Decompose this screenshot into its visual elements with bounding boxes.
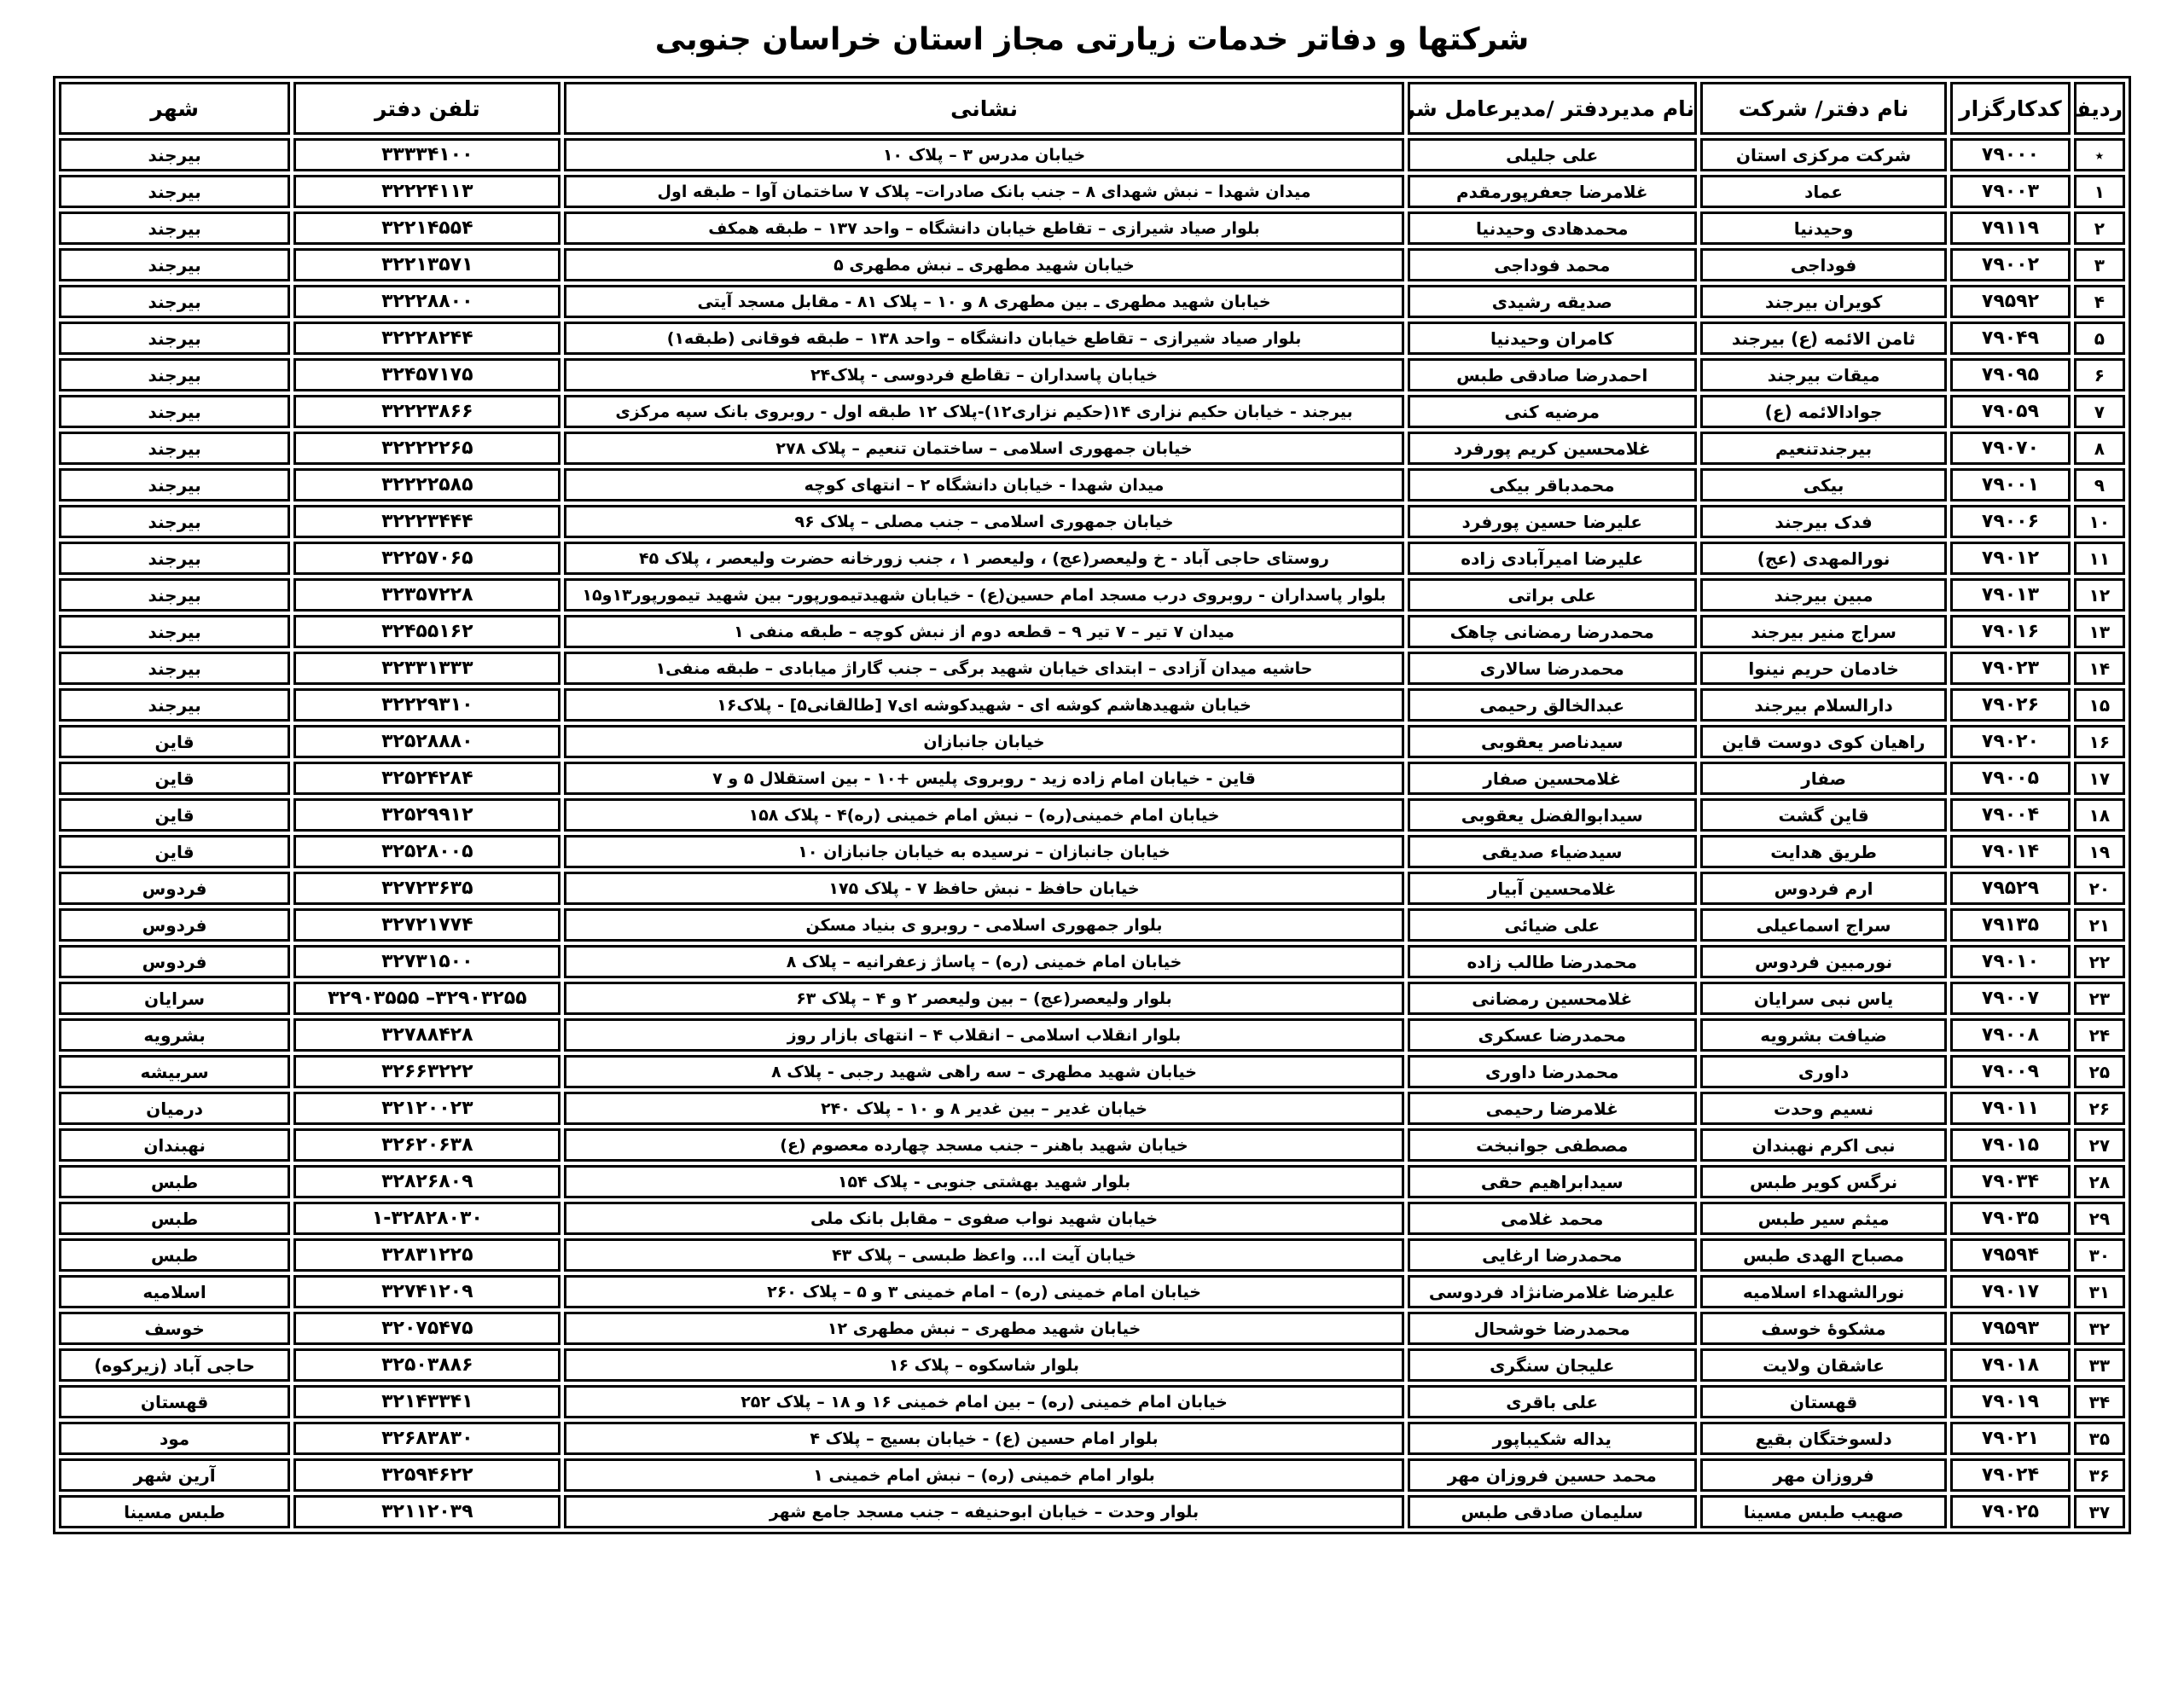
cell-agent-code: ۷۹۰۳۴: [1950, 1165, 2071, 1198]
cell-office-name: عاشقان ولایت: [1700, 1348, 1947, 1382]
table-row: ۱۱۷۹۰۱۲نورالمهدی (عج)علیرضا امیرآبادی زا…: [59, 542, 2125, 575]
cell-manager-name: محمد حسین فروزان مهر: [1408, 1458, 1697, 1492]
cell-agent-code: ۷۹۰۱۰: [1950, 945, 2071, 978]
cell-phone: ۳۲۲۱۳۵۷۱: [293, 248, 561, 281]
cell-manager-name: محمدرضا طالب زاده: [1408, 945, 1697, 978]
cell-manager-name: مصطفی جوانبخت: [1408, 1128, 1697, 1162]
cell-manager-name: محمدرضا خوشحال: [1408, 1312, 1697, 1345]
cell-manager-name: محمدرضا رمضانی چاهک: [1408, 615, 1697, 648]
cell-row-number: ۱۹: [2074, 835, 2125, 868]
cell-manager-name: علیرضا حسین پورفرد: [1408, 505, 1697, 538]
cell-office-name: یاس نبی سرایان: [1700, 982, 1947, 1015]
cell-agent-code: ۷۹۰۱۳: [1950, 578, 2071, 612]
cell-address: بلوار وحدت – خیابان ابوحنیفه – جنب مسجد …: [564, 1495, 1403, 1528]
cell-office-name: ثامن الائمه (ع) بیرجند: [1700, 322, 1947, 355]
cell-office-name: نورمبین فردوس: [1700, 945, 1947, 978]
cell-agent-code: ۷۹۰۰۵: [1950, 762, 2071, 795]
cell-city: طبس: [59, 1165, 290, 1198]
table-row: ۳۵۷۹۰۲۱دلسوختگان بقیعیداله شکیباپوربلوار…: [59, 1422, 2125, 1455]
cell-phone: ۳۲۲۲۳۴۴۴: [293, 505, 561, 538]
cell-address: خیابان جانبازان: [564, 725, 1403, 758]
cell-phone: ۳۲۱۴۳۳۴۱: [293, 1385, 561, 1418]
cell-manager-name: غلامرضا رحیمی: [1408, 1092, 1697, 1125]
header-phone: تلفن دفتر: [293, 82, 561, 135]
cell-city: قهستان: [59, 1385, 290, 1418]
cell-address: خیابان شهیدهاشم کوشه ای - شهیدکوشه ای۷ […: [564, 688, 1403, 722]
cell-row-number: ۸: [2074, 432, 2125, 465]
cell-address: خیابان غدیر – بین غدیر ۸ و ۱۰ - پلاک ۲۴۰: [564, 1092, 1403, 1125]
cell-manager-name: علیرضا امیرآبادی زاده: [1408, 542, 1697, 575]
cell-phone: ۳۲۷۴۱۲۰۹: [293, 1275, 561, 1308]
cell-address: خیابان مدرس ۳ – پلاک ۱۰: [564, 138, 1403, 171]
table-row: ۲۲۷۹۰۱۰نورمبین فردوسمحمدرضا طالب زادهخیا…: [59, 945, 2125, 978]
cell-manager-name: محمدرضا ارغایی: [1408, 1238, 1697, 1272]
cell-city: مود: [59, 1422, 290, 1455]
cell-agent-code: ۷۹۰۲۳: [1950, 652, 2071, 685]
cell-phone: ۳۲۶۶۳۲۲۲: [293, 1055, 561, 1088]
cell-manager-name: سیدابوالفضل یعقوبی: [1408, 798, 1697, 832]
cell-row-number: ۳: [2074, 248, 2125, 281]
cell-office-name: بیکی: [1700, 468, 1947, 501]
cell-row-number: ۷: [2074, 395, 2125, 428]
cell-address: بلوار امام خمینی (ره) – نبش امام خمینی ۱: [564, 1458, 1403, 1492]
table-row: ۲۷۹۱۱۹وحیدنیامحمدهادی وحیدنیابلوار صیاد …: [59, 212, 2125, 245]
cell-city: طبس: [59, 1202, 290, 1235]
cell-address: بلوار امام حسین (ع) - خیابان بسیج – پلاک…: [564, 1422, 1403, 1455]
offices-table: ردیف کدکارگزار نام دفتر/ شرکت نام مدیردف…: [53, 76, 2131, 1534]
cell-row-number: ۲: [2074, 212, 2125, 245]
table-row: ۳۴۷۹۰۱۹قهستانعلی باقریخیابان امام خمینی …: [59, 1385, 2125, 1418]
table-row: ۳۲۷۹۵۹۳مشکوهٔ خوسفمحمدرضا خوشحالخیابان ش…: [59, 1312, 2125, 1345]
cell-row-number: ۳۷: [2074, 1495, 2125, 1528]
cell-phone: ۳۲۳۵۷۲۲۸: [293, 578, 561, 612]
cell-row-number: ۵: [2074, 322, 2125, 355]
table-row: ۲۷۷۹۰۱۵نبی اکرم نهبندانمصطفی جوانبختخیاب…: [59, 1128, 2125, 1162]
cell-address: حاشیه میدان آزادی – ابتدای خیابان شهید ب…: [564, 652, 1403, 685]
cell-city: بیرجند: [59, 688, 290, 722]
cell-manager-name: سیدضیاء صدیقی: [1408, 835, 1697, 868]
header-manager-name: نام مدیردفتر /مدیرعامل شرکت: [1408, 82, 1697, 135]
cell-address: میدان شهدا - خیابان دانشگاه ۲ – انتهای ک…: [564, 468, 1403, 501]
cell-address: بلوار صیاد شیرازی – تقاطع خیابان دانشگاه…: [564, 212, 1403, 245]
cell-address: بلوار صیاد شیرازی – تقاطع خیابان دانشگاه…: [564, 322, 1403, 355]
cell-manager-name: کامران وحیدنیا: [1408, 322, 1697, 355]
cell-row-number: ۱۳: [2074, 615, 2125, 648]
cell-agent-code: ۷۹۵۲۹: [1950, 872, 2071, 905]
cell-city: بیرجند: [59, 615, 290, 648]
table-row: ۲۴۷۹۰۰۸ضیافت بشرویهمحمدرضا عسکریبلوار ان…: [59, 1018, 2125, 1052]
cell-agent-code: ۷۹۱۱۹: [1950, 212, 2071, 245]
cell-address: میدان شهدا – نبش شهدای ۸ – جنب بانک صادر…: [564, 175, 1403, 208]
cell-manager-name: سیدناصر یعقوبی: [1408, 725, 1697, 758]
cell-address: بلوار شهید بهشتی جنوبی - پلاک ۱۵۴: [564, 1165, 1403, 1198]
table-row: ۵۷۹۰۴۹ثامن الائمه (ع) بیرجندکامران وحیدن…: [59, 322, 2125, 355]
cell-address: خیابان حافظ - نبش حافظ ۷ - پلاک ۱۷۵: [564, 872, 1403, 905]
table-row: ۱۷۷۹۰۰۵صفارغلامحسین صفارقاین - خیابان ام…: [59, 762, 2125, 795]
cell-office-name: جوادالائمه (ع): [1700, 395, 1947, 428]
cell-office-name: دلسوختگان بقیع: [1700, 1422, 1947, 1455]
cell-manager-name: محمدرضا سالاری: [1408, 652, 1697, 685]
cell-address: بلوار جمهوری اسلامی - روبرو ی بنیاد مسکن: [564, 908, 1403, 942]
cell-office-name: میقات بیرجند: [1700, 358, 1947, 391]
cell-city: بیرجند: [59, 505, 290, 538]
cell-agent-code: ۷۹۰۲۴: [1950, 1458, 2071, 1492]
cell-office-name: سراج منیر بیرجند: [1700, 615, 1947, 648]
table-row: ۱۷۹۰۰۳عمادغلامرضا جعفرپورمقدممیدان شهدا …: [59, 175, 2125, 208]
cell-address: روستای حاجی آباد - خ ولیعصر(عج) ، ولیعصر…: [564, 542, 1403, 575]
cell-agent-code: ۷۹۰۲۶: [1950, 688, 2071, 722]
cell-city: آرین شهر: [59, 1458, 290, 1492]
cell-phone: ۳۲۲۵۷۰۶۵: [293, 542, 561, 575]
table-row: ۲۰۷۹۵۲۹ارم فردوسغلامحسین آبیارخیابان حاف…: [59, 872, 2125, 905]
cell-agent-code: ۷۹۰۰۲: [1950, 248, 2071, 281]
table-row: ۲۳۷۹۰۰۷یاس نبی سرایانغلامحسین رمضانیبلوا…: [59, 982, 2125, 1015]
cell-office-name: صهیب طبس مسینا: [1700, 1495, 1947, 1528]
cell-city: قاین: [59, 762, 290, 795]
cell-phone: ۳۲۶۲۰۶۳۸: [293, 1128, 561, 1162]
table-row: ۲۶۷۹۰۱۱نسیم وحدتغلامرضا رحیمیخیابان غدیر…: [59, 1092, 2125, 1125]
cell-manager-name: غلامحسین صفار: [1408, 762, 1697, 795]
cell-row-number: ۱۶: [2074, 725, 2125, 758]
table-row: ۱۲۷۹۰۱۳مبین بیرجندعلی براتیبلوار پاسدارا…: [59, 578, 2125, 612]
cell-city: قاین: [59, 798, 290, 832]
cell-manager-name: محمدرضا عسکری: [1408, 1018, 1697, 1052]
table-row: ۴۷۹۵۹۲کویران بیرجندصدیقه رشیدیخیابان شهی…: [59, 285, 2125, 318]
cell-agent-code: ۷۹۰۱۶: [1950, 615, 2071, 648]
cell-city: قاین: [59, 725, 290, 758]
cell-row-number: ۳۵: [2074, 1422, 2125, 1455]
cell-row-number: ۲۷: [2074, 1128, 2125, 1162]
cell-office-name: میثم سیر طبس: [1700, 1202, 1947, 1235]
cell-phone: ۳۲۲۱۴۵۵۴: [293, 212, 561, 245]
cell-phone: ۳۲۲۲۸۸۰۰: [293, 285, 561, 318]
cell-row-number: ۱۱: [2074, 542, 2125, 575]
cell-manager-name: محمد غلامی: [1408, 1202, 1697, 1235]
cell-city: سربیشه: [59, 1055, 290, 1088]
cell-agent-code: ۷۹۰۴۹: [1950, 322, 2071, 355]
cell-address: میدان ۷ تیر – ۷ تیر ۹ – قطعه دوم از نبش …: [564, 615, 1403, 648]
cell-row-number: ۱۰: [2074, 505, 2125, 538]
cell-office-name: عماد: [1700, 175, 1947, 208]
table-row: ۲۵۷۹۰۰۹داوریمحمدرضا داوریخیابان شهید مطه…: [59, 1055, 2125, 1088]
cell-address: خیابان شهید باهنر – جنب مسجد چهارده معصو…: [564, 1128, 1403, 1162]
cell-phone: ۳۲۶۸۳۸۳۰: [293, 1422, 561, 1455]
cell-agent-code: ۷۹۵۹۴: [1950, 1238, 2071, 1272]
table-row: ۱۸۷۹۰۰۴قاین گشتسیدابوالفضل یعقوبیخیابان …: [59, 798, 2125, 832]
cell-office-name: داوری: [1700, 1055, 1947, 1088]
cell-office-name: مبین بیرجند: [1700, 578, 1947, 612]
table-row: ۱۶۷۹۰۲۰راهیان کوی دوست قاینسیدناصر یعقوب…: [59, 725, 2125, 758]
cell-address: خیابان امام خمینی (ره) – امام خمینی ۳ و …: [564, 1275, 1403, 1308]
cell-row-number: ۱۷: [2074, 762, 2125, 795]
cell-manager-name: محمدرضا داوری: [1408, 1055, 1697, 1088]
cell-address: بلوار ولیعصر(عج) – بین ولیعصر ۲ و ۴ – پل…: [564, 982, 1403, 1015]
header-agent-code: کدکارگزار: [1950, 82, 2071, 135]
cell-office-name: نورالشهداء اسلامیه: [1700, 1275, 1947, 1308]
table-row: ۱۰۷۹۰۰۶فدک بیرجندعلیرضا حسین پورفردخیابا…: [59, 505, 2125, 538]
table-row: ۲۱۷۹۱۳۵سراج اسماعیلیعلی ضیائیبلوار جمهور…: [59, 908, 2125, 942]
cell-city: بشرویه: [59, 1018, 290, 1052]
cell-city: فردوس: [59, 872, 290, 905]
cell-city: بیرجند: [59, 322, 290, 355]
table-row: ۸۷۹۰۷۰بیرجندتنعیمغلامحسین کریم پورفردخیا…: [59, 432, 2125, 465]
cell-address: خیابان جمهوری اسلامی – ساختمان تنعیم – پ…: [564, 432, 1403, 465]
cell-address: خیابان شهید مطهری – سه راهی شهید رجبی - …: [564, 1055, 1403, 1088]
cell-manager-name: محمدهادی وحیدنیا: [1408, 212, 1697, 245]
cell-manager-name: سلیمان صادقی طبس: [1408, 1495, 1697, 1528]
cell-row-number: ۲۵: [2074, 1055, 2125, 1088]
cell-row-number: ۳۳: [2074, 1348, 2125, 1382]
cell-agent-code: ۷۹۰۱۹: [1950, 1385, 2071, 1418]
cell-office-name: شرکت مرکزی استان: [1700, 138, 1947, 171]
table-row: ۳۰۷۹۵۹۴مصباح الهدی طبسمحمدرضا ارغاییخیاب…: [59, 1238, 2125, 1272]
cell-address: خیابان امام خمینی (ره) – بین امام خمینی …: [564, 1385, 1403, 1418]
cell-city: طبس: [59, 1238, 290, 1272]
cell-office-name: وحیدنیا: [1700, 212, 1947, 245]
cell-address: خیابان جانبازان – نرسیده به خیابان جانبا…: [564, 835, 1403, 868]
cell-office-name: نورالمهدی (عج): [1700, 542, 1947, 575]
cell-agent-code: ۷۹۰۰۳: [1950, 175, 2071, 208]
table-row: ٭۷۹۰۰۰شرکت مرکزی استانعلی جلیلیخیابان مد…: [59, 138, 2125, 171]
cell-address: خیابان شهید مطهری ـ نبش مطهری ۵: [564, 248, 1403, 281]
table-row: ۳۳۷۹۰۱۸عاشقان ولایتعلیجان سنگریبلوار شاس…: [59, 1348, 2125, 1382]
cell-address: خیابان آیت ا... واعظ طبسی – پلاک ۴۳: [564, 1238, 1403, 1272]
cell-agent-code: ۷۹۰۱۸: [1950, 1348, 2071, 1382]
cell-address: بلوار شاسکوه – پلاک ۱۶: [564, 1348, 1403, 1382]
cell-office-name: فدک بیرجند: [1700, 505, 1947, 538]
cell-manager-name: علی براتی: [1408, 578, 1697, 612]
table-row: ۳۱۷۹۰۱۷نورالشهداء اسلامیهعلیرضا غلامرضان…: [59, 1275, 2125, 1308]
cell-phone: ۳۲۱۱۲۰۳۹: [293, 1495, 561, 1528]
cell-city: قاین: [59, 835, 290, 868]
cell-row-number: ۲۶: [2074, 1092, 2125, 1125]
cell-city: اسلامیه: [59, 1275, 290, 1308]
cell-row-number: ۹: [2074, 468, 2125, 501]
cell-phone: ۱-۳۲۸۲۸۰۳۰: [293, 1202, 561, 1235]
cell-office-name: نسیم وحدت: [1700, 1092, 1947, 1125]
cell-agent-code: ۷۹۰۰۹: [1950, 1055, 2071, 1088]
header-city: شهر: [59, 82, 290, 135]
cell-phone: ۳۲۷۲۳۶۳۵: [293, 872, 561, 905]
cell-address: بیرجند - خیابان حکیم نزاری ۱۴(حکیم نزاری…: [564, 395, 1403, 428]
table-row: ۱۵۷۹۰۲۶دارالسلام بیرجندعبدالخالق رحیمیخی…: [59, 688, 2125, 722]
cell-city: بیرجند: [59, 432, 290, 465]
cell-phone: ۳۲۵۲۹۹۱۲: [293, 798, 561, 832]
cell-city: بیرجند: [59, 212, 290, 245]
page-title: شرکتها و دفاتر خدمات زیارتی مجاز استان خ…: [0, 0, 2184, 57]
header-row-number: ردیف: [2074, 82, 2125, 135]
cell-agent-code: ۷۹۰۰۰: [1950, 138, 2071, 171]
cell-manager-name: احمدرضا صادقی طبس: [1408, 358, 1697, 391]
cell-city: بیرجند: [59, 138, 290, 171]
cell-manager-name: عبدالخالق رحیمی: [1408, 688, 1697, 722]
table-body: ٭۷۹۰۰۰شرکت مرکزی استانعلی جلیلیخیابان مد…: [59, 138, 2125, 1528]
cell-address: خیابان پاسداران – تقاطع فردوسی - پلاک۲۴: [564, 358, 1403, 391]
cell-city: بیرجند: [59, 468, 290, 501]
cell-agent-code: ۷۹۰۹۵: [1950, 358, 2071, 391]
cell-office-name: مشکوهٔ خوسف: [1700, 1312, 1947, 1345]
cell-city: بیرجند: [59, 175, 290, 208]
cell-phone: ۳۲۴۵۵۱۶۲: [293, 615, 561, 648]
cell-agent-code: ۷۹۰۱۷: [1950, 1275, 2071, 1308]
cell-manager-name: محمدباقر بیکی: [1408, 468, 1697, 501]
cell-office-name: ارم فردوس: [1700, 872, 1947, 905]
cell-row-number: ٭: [2074, 138, 2125, 171]
cell-manager-name: علیرضا غلامرضانژاد فردوسی: [1408, 1275, 1697, 1308]
cell-phone: ۳۲۵۹۴۶۲۲: [293, 1458, 561, 1492]
cell-office-name: کویران بیرجند: [1700, 285, 1947, 318]
cell-row-number: ۲۴: [2074, 1018, 2125, 1052]
cell-row-number: ۲۲: [2074, 945, 2125, 978]
table-row: ۲۸۷۹۰۳۴نرگس کویر طبسسیدابراهیم حقیبلوار …: [59, 1165, 2125, 1198]
cell-phone: ۳۲۲۲۲۵۸۵: [293, 468, 561, 501]
cell-office-name: سراج اسماعیلی: [1700, 908, 1947, 942]
cell-phone: ۳۲۱۲۰۰۲۳: [293, 1092, 561, 1125]
cell-row-number: ۲۹: [2074, 1202, 2125, 1235]
cell-manager-name: غلامحسین آبیار: [1408, 872, 1697, 905]
cell-row-number: ۳۴: [2074, 1385, 2125, 1418]
cell-phone: ۳۲۷۳۱۵۰۰: [293, 945, 561, 978]
table-row: ۱۴۷۹۰۲۳خادمان حریم نینوامحمدرضا سالاریحا…: [59, 652, 2125, 685]
table-row: ۹۷۹۰۰۱بیکیمحمدباقر بیکیمیدان شهدا - خیاب…: [59, 468, 2125, 501]
cell-office-name: فوداجی: [1700, 248, 1947, 281]
cell-city: بیرجند: [59, 358, 290, 391]
cell-manager-name: غلامحسین رمضانی: [1408, 982, 1697, 1015]
cell-office-name: خادمان حریم نینوا: [1700, 652, 1947, 685]
cell-row-number: ۲۰: [2074, 872, 2125, 905]
cell-phone: ۳۲۷۸۸۴۲۸: [293, 1018, 561, 1052]
cell-office-name: طریق هدایت: [1700, 835, 1947, 868]
cell-manager-name: سیدابراهیم حقی: [1408, 1165, 1697, 1198]
cell-address: بلوار پاسداران - روبروی درب مسجد امام حس…: [564, 578, 1403, 612]
cell-agent-code: ۷۹۰۲۰: [1950, 725, 2071, 758]
table-header: ردیف کدکارگزار نام دفتر/ شرکت نام مدیردف…: [59, 82, 2125, 135]
cell-phone: ۳۲۲۲۴۱۱۳: [293, 175, 561, 208]
cell-office-name: بیرجندتنعیم: [1700, 432, 1947, 465]
cell-row-number: ۶: [2074, 358, 2125, 391]
cell-manager-name: صدیقه رشیدی: [1408, 285, 1697, 318]
cell-agent-code: ۷۹۰۰۶: [1950, 505, 2071, 538]
cell-phone: ۳۲۵۲۴۲۸۴: [293, 762, 561, 795]
table-row: ۷۷۹۰۵۹جوادالائمه (ع)مرضیه کنیبیرجند - خی…: [59, 395, 2125, 428]
cell-manager-name: غلامحسین کریم پورفرد: [1408, 432, 1697, 465]
cell-phone: ۳۲۵۲۸۰۰۵: [293, 835, 561, 868]
cell-manager-name: علیجان سنگری: [1408, 1348, 1697, 1382]
cell-phone: ۳۲۵۲۸۸۸۰: [293, 725, 561, 758]
cell-agent-code: ۷۹۰۵۹: [1950, 395, 2071, 428]
cell-office-name: دارالسلام بیرجند: [1700, 688, 1947, 722]
cell-agent-code: ۷۹۰۰۸: [1950, 1018, 2071, 1052]
cell-row-number: ۱۲: [2074, 578, 2125, 612]
header-row: ردیف کدکارگزار نام دفتر/ شرکت نام مدیردف…: [59, 82, 2125, 135]
cell-phone: ۳۲۷۲۱۷۷۴: [293, 908, 561, 942]
cell-phone: ۳۲۵۰۳۸۸۶: [293, 1348, 561, 1382]
cell-row-number: ۱۵: [2074, 688, 2125, 722]
cell-address: بلوار انقلاب اسلامی – انقلاب ۴ – انتهای …: [564, 1018, 1403, 1052]
cell-agent-code: ۷۹۵۹۲: [1950, 285, 2071, 318]
cell-city: بیرجند: [59, 578, 290, 612]
cell-city: فردوس: [59, 908, 290, 942]
cell-row-number: ۱۴: [2074, 652, 2125, 685]
cell-city: حاجی آباد (زیرکوه): [59, 1348, 290, 1382]
cell-office-name: ضیافت بشرویه: [1700, 1018, 1947, 1052]
table-row: ۳۷۹۰۰۲فوداجیمحمد فوداجیخیابان شهید مطهری…: [59, 248, 2125, 281]
cell-address: قاین - خیابان امام زاده زید - روبروی پلی…: [564, 762, 1403, 795]
cell-office-name: راهیان کوی دوست قاین: [1700, 725, 1947, 758]
cell-phone: ۳۲۳۳۱۳۳۳: [293, 652, 561, 685]
table-row: ۱۹۷۹۰۱۴طریق هدایتسیدضیاء صدیقیخیابان جان…: [59, 835, 2125, 868]
cell-address: خیابان شهید نواب صفوی – مقابل بانک ملی: [564, 1202, 1403, 1235]
cell-row-number: ۲۱: [2074, 908, 2125, 942]
cell-agent-code: ۷۹۰۱۵: [1950, 1128, 2071, 1162]
cell-row-number: ۲۸: [2074, 1165, 2125, 1198]
cell-row-number: ۳۶: [2074, 1458, 2125, 1492]
table-row: ۶۷۹۰۹۵میقات بیرجنداحمدرضا صادقی طبسخیابا…: [59, 358, 2125, 391]
table-row: ۳۷۷۹۰۲۵صهیب طبس مسیناسلیمان صادقی طبسبلو…: [59, 1495, 2125, 1528]
cell-phone: ۳۲۰۷۵۴۷۵: [293, 1312, 561, 1345]
cell-agent-code: ۷۹۰۲۱: [1950, 1422, 2071, 1455]
cell-phone: ۳۲۲۲۲۲۶۵: [293, 432, 561, 465]
cell-address: خیابان جمهوری اسلامی – جنب مصلی – پلاک ۹…: [564, 505, 1403, 538]
cell-office-name: مصباح الهدی طبس: [1700, 1238, 1947, 1272]
cell-agent-code: ۷۹۰۰۱: [1950, 468, 2071, 501]
cell-agent-code: ۷۹۰۰۴: [1950, 798, 2071, 832]
cell-agent-code: ۷۹۰۳۵: [1950, 1202, 2071, 1235]
cell-city: بیرجند: [59, 395, 290, 428]
cell-address: خیابان امام خمینی(ره) – نبش امام خمینی (…: [564, 798, 1403, 832]
cell-city: نهبندان: [59, 1128, 290, 1162]
cell-phone: ۳۲۲۲۸۲۴۴: [293, 322, 561, 355]
cell-phone: ۳۲۸۲۶۸۰۹: [293, 1165, 561, 1198]
cell-manager-name: غلامرضا جعفرپورمقدم: [1408, 175, 1697, 208]
cell-agent-code: ۷۹۰۲۵: [1950, 1495, 2071, 1528]
cell-agent-code: ۷۹۵۹۳: [1950, 1312, 2071, 1345]
cell-city: بیرجند: [59, 652, 290, 685]
cell-row-number: ۱: [2074, 175, 2125, 208]
cell-city: خوسف: [59, 1312, 290, 1345]
cell-row-number: ۱۸: [2074, 798, 2125, 832]
cell-office-name: صفار: [1700, 762, 1947, 795]
cell-address: خیابان شهید مطهری ـ بین مطهری ۸ و ۱۰ – پ…: [564, 285, 1403, 318]
cell-row-number: ۳۰: [2074, 1238, 2125, 1272]
cell-address: خیابان شهید مطهری – نبش مطهری ۱۲: [564, 1312, 1403, 1345]
cell-agent-code: ۷۹۰۱۴: [1950, 835, 2071, 868]
cell-city: سرایان: [59, 982, 290, 1015]
cell-manager-name: محمد فوداجی: [1408, 248, 1697, 281]
header-office-name: نام دفتر/ شرکت: [1700, 82, 1947, 135]
cell-agent-code: ۷۹۰۱۲: [1950, 542, 2071, 575]
table-row: ۱۳۷۹۰۱۶سراج منیر بیرجندمحمدرضا رمضانی چا…: [59, 615, 2125, 648]
cell-row-number: ۳۱: [2074, 1275, 2125, 1308]
cell-phone: ۳۲۴۵۷۱۷۵: [293, 358, 561, 391]
cell-office-name: نرگس کویر طبس: [1700, 1165, 1947, 1198]
cell-agent-code: ۷۹۰۱۱: [1950, 1092, 2071, 1125]
cell-office-name: قاین گشت: [1700, 798, 1947, 832]
cell-phone: ۳۲۲۲۹۳۱۰: [293, 688, 561, 722]
cell-city: بیرجند: [59, 542, 290, 575]
cell-city: بیرجند: [59, 285, 290, 318]
cell-phone: ۳۲۸۳۱۲۲۵: [293, 1238, 561, 1272]
cell-manager-name: علی جلیلی: [1408, 138, 1697, 171]
cell-row-number: ۳۲: [2074, 1312, 2125, 1345]
cell-office-name: قهستان: [1700, 1385, 1947, 1418]
cell-city: طبس مسینا: [59, 1495, 290, 1528]
cell-phone: ۳۲۹۰۳۵۵۵ –۳۲۹۰۳۲۵۵: [293, 982, 561, 1015]
cell-office-name: فروزان مهر: [1700, 1458, 1947, 1492]
cell-office-name: نبی اکرم نهبندان: [1700, 1128, 1947, 1162]
header-address: نشانی: [564, 82, 1403, 135]
cell-manager-name: مرضیه کنی: [1408, 395, 1697, 428]
